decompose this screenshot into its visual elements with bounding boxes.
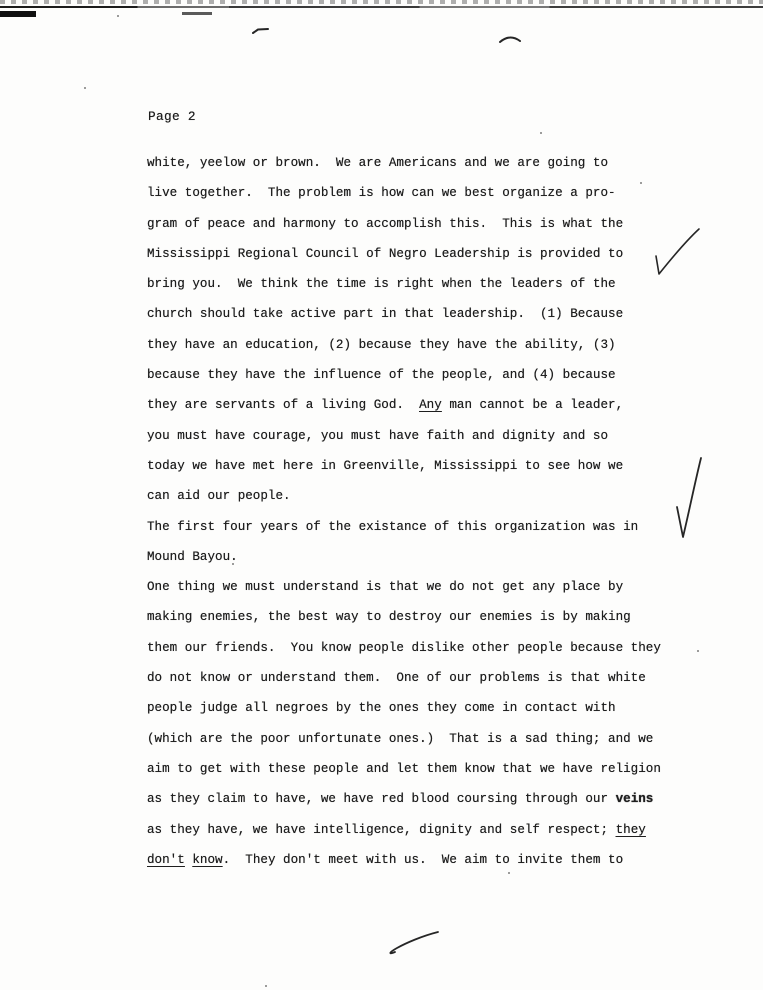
scan-edge-line (0, 6, 763, 8)
text-line: live together. The problem is how can we… (147, 185, 707, 215)
text-line: aim to get with these people and let the… (147, 761, 707, 791)
text-line: (which are the poor unfortunate ones.) T… (147, 731, 707, 761)
scan-smudge (182, 12, 212, 15)
text-line: Mississippi Regional Council of Negro Le… (147, 246, 707, 276)
page-number-label: Page 2 (148, 109, 196, 124)
scanned-document-page: { "page": { "label": "Page 2" }, "docume… (0, 0, 763, 990)
text-line: church should take active part in that l… (147, 306, 707, 336)
text-line: white, yeelow or brown. We are Americans… (147, 155, 707, 185)
text-line: people judge all negroes by the ones the… (147, 700, 707, 730)
text-line: can aid our people. (147, 488, 707, 518)
text-line: don't know. They don't meet with us. We … (147, 852, 707, 882)
scan-corner-blob (0, 11, 36, 17)
scan-speck (84, 87, 86, 89)
text-line: bring you. We think the time is right wh… (147, 276, 707, 306)
text-line: you must have courage, you must have fai… (147, 428, 707, 458)
scan-edge-dashes (0, 0, 763, 4)
pen-arc-top-right-icon (500, 37, 520, 42)
text-line: them our friends. You know people dislik… (147, 640, 707, 670)
scan-speck (540, 132, 542, 134)
text-line: One thing we must understand is that we … (147, 579, 707, 609)
scan-speck (265, 985, 267, 987)
pen-stroke-top-left-icon (253, 29, 268, 33)
text-line: as they have, we have intelligence, dign… (147, 822, 707, 852)
text-line: as they claim to have, we have red blood… (147, 791, 707, 821)
text-line: because they have the influence of the p… (147, 367, 707, 397)
scan-speck (117, 15, 119, 17)
text-line: gram of peace and harmony to accomplish … (147, 216, 707, 246)
text-line: making enemies, the best way to destroy … (147, 609, 707, 639)
text-line: do not know or understand them. One of o… (147, 670, 707, 700)
text-line: today we have met here in Greenville, Mi… (147, 458, 707, 488)
swoosh-bottom-icon (390, 932, 438, 953)
text-line: they are servants of a living God. Any m… (147, 397, 707, 427)
text-line: they have an education, (2) because they… (147, 337, 707, 367)
document-body: white, yeelow or brown. We are Americans… (147, 155, 707, 882)
text-line: The first four years of the existance of… (147, 519, 707, 549)
text-line: Mound Bayou. (147, 549, 707, 579)
